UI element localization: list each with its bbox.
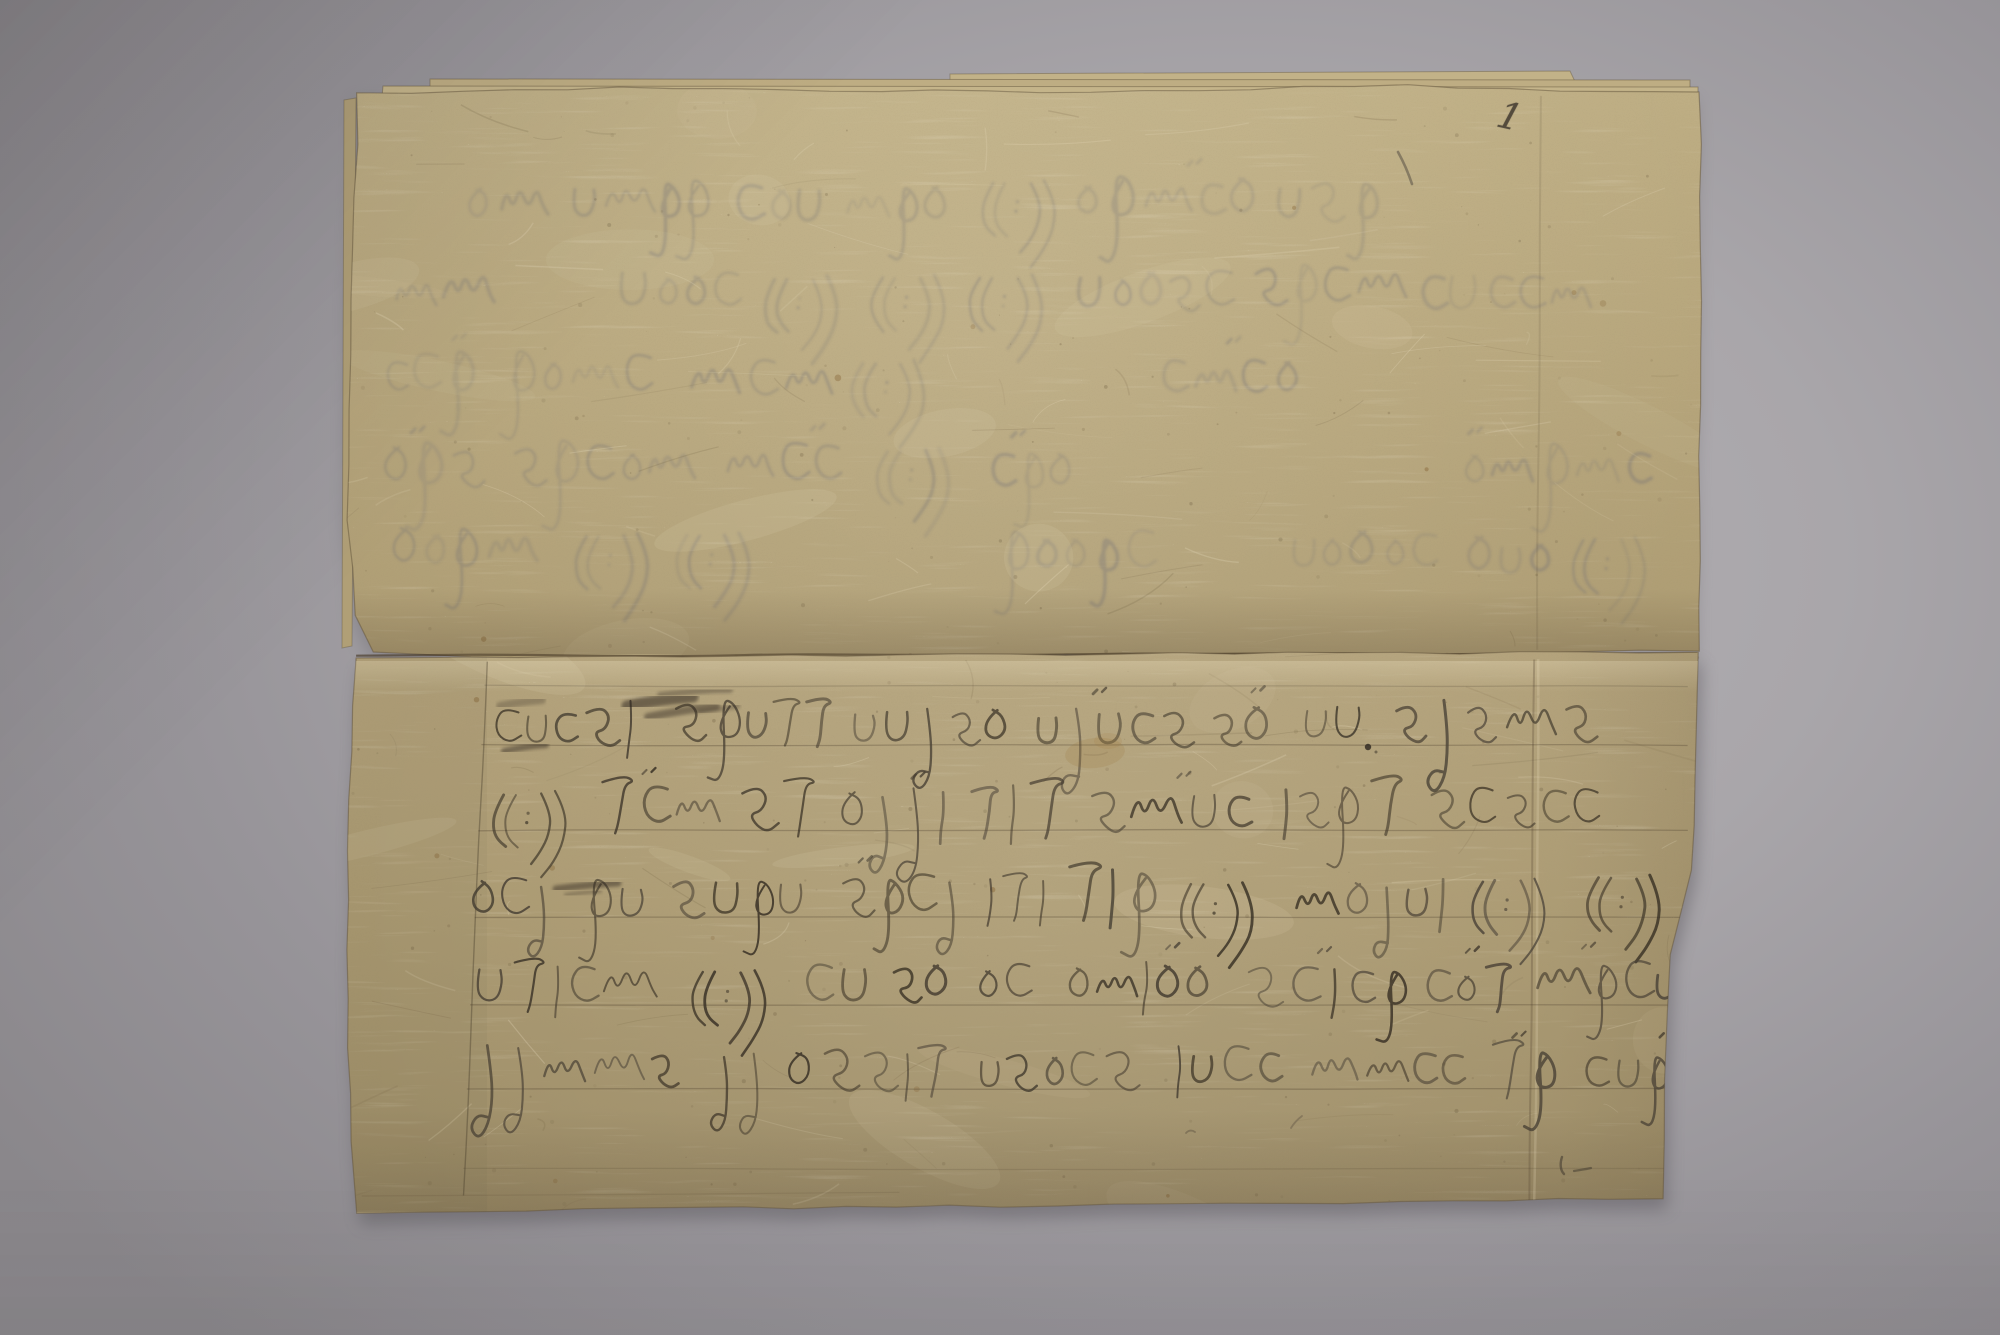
manuscript-photograph [0,0,2000,1335]
photo-backdrop: 1 [0,0,2000,1335]
